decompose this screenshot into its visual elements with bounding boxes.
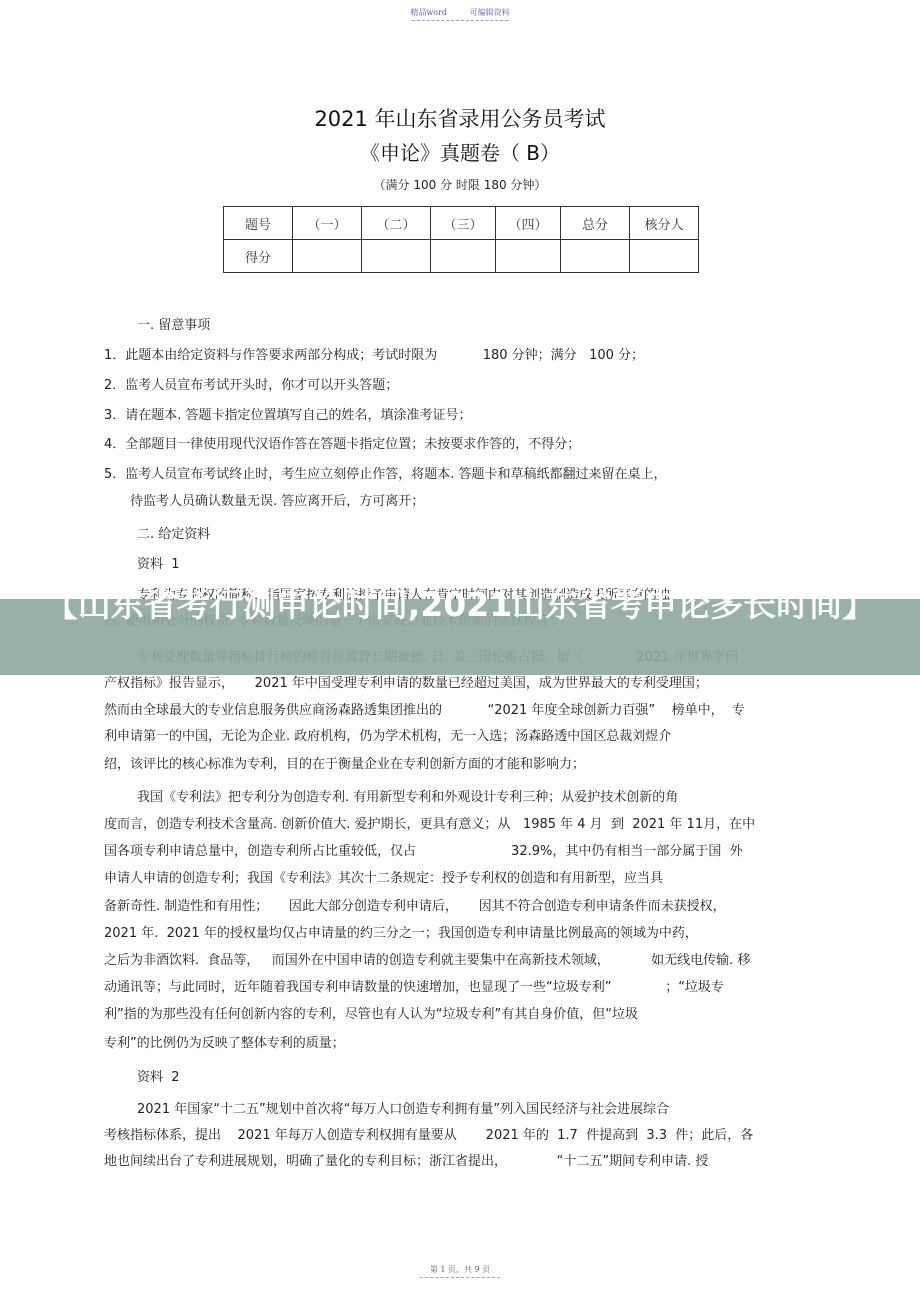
score-table-cell: （一） [293, 207, 362, 240]
score-table-score-row: 得分 [224, 240, 699, 273]
section2-heading: 二. 给定资料 [137, 523, 210, 542]
header-divider [412, 20, 508, 21]
notice-item: 2．监考人员宣布考试开头时，你才可以开头答题； [104, 374, 398, 393]
score-table-cell: 核分人 [630, 207, 699, 240]
score-table-cell: 总分 [561, 207, 630, 240]
exam-meta: （满分 100 分 时限 180 分钟） [0, 176, 920, 193]
material2-line: 地也间续出台了专利进展规划，明确了量化的专利目标；浙江省提出， “十二五”期间专… [104, 1150, 708, 1169]
notice-item: 待监考人员确认数量无误. 答应离开后，方可离开； [130, 490, 424, 509]
score-cell [431, 240, 496, 273]
material1-line: 利”指的为那些没有任何创新内容的专利，尽管也有人认为“垃圾专利”有其自身价值，但… [104, 1003, 638, 1022]
material1-line: 申请人申请的创造专利；我国《专利法》其次十二条规定：授予专利权的创造和有用新型，… [104, 867, 663, 886]
header-left: 精品word [410, 8, 447, 17]
notice-item: 5．监考人员宣布考试终止时，考生应立刻停止作答，将题本. 答题卡和草稿纸都翻过来… [104, 463, 667, 482]
document-subtitle: 《申论》真题卷（ B） [0, 137, 920, 166]
material1-line: 度而言，创造专利技术含量高. 创新价值大. 爱护期长，更具有意义；从 1985 … [104, 813, 755, 832]
score-cell [362, 240, 431, 273]
page-header: 精品word 可编辑资料 [0, 7, 920, 18]
material2-line: 考核指标体系，提出 2021 年每万人创造专利权拥有量要从 2021 年的 1.… [104, 1124, 753, 1143]
section1-heading: 一. 留意事项 [137, 314, 210, 333]
score-cell [293, 240, 362, 273]
material1-line: 之后为非酒饮料. 食品等， 而国外在中国申请的创造专利就主要集中在高新技术领域，… [104, 949, 750, 968]
score-cell [496, 240, 561, 273]
header-right: 可编辑资料 [470, 8, 510, 17]
notice-item: 4．全部题目一律使用现代汉语作答在答题卡指定位置；未按要求作答的，不得分； [104, 433, 580, 452]
score-cell [561, 240, 630, 273]
notice-item: 3．请在题本. 答题卡指定位置填写自己的姓名，填涂准考证号； [104, 404, 472, 423]
material1-label: 资料 1 [137, 553, 180, 572]
footer-divider [420, 1277, 500, 1278]
material2-label: 资料 2 [137, 1066, 180, 1085]
title-banner-text: 【山东省考行测申论时间,2021山东省考申论多长时间】 [0, 584, 920, 626]
score-row-label: 得分 [224, 240, 293, 273]
material1-line: 备新奇性. 制造性和有用性； 因此大部分创造专利申请后， 因其不符合创造专利申请… [104, 895, 726, 914]
score-table-cell: 题号 [224, 207, 293, 240]
score-table-cell: （三） [431, 207, 496, 240]
material1-line: 绍，该评比的核心标准为专利，目的在于衡量企业在专利创新方面的才能和影响力； [104, 753, 585, 772]
material2-line: 2021 年国家“十二五”规划中首次将“每万人口创造专利拥有量”列入国民经济与社… [137, 1098, 669, 1117]
material1-line: 2021 年. 2021 年的授权量均仅占申请量的约三分之一；我国创造专利申请量… [104, 922, 698, 941]
material1-line: 国各项专利申请总量中，创造专利所占比重较低，仅占 32.9%，其中仍有相当一部分… [104, 840, 743, 859]
score-table-cell: （二） [362, 207, 431, 240]
page-footer: 第 1 页，共 9 页 [0, 1264, 920, 1275]
score-table-header-row: 题号 （一） （二） （三） （四） 总分 核分人 [224, 207, 699, 240]
material1-line: 我国《专利法》把专利分为创造专利. 有用新型专利和外观设计专利三种；从爱护技术创… [137, 786, 678, 805]
notice-item: 1．此题本由给定资料与作答要求两部分构成；考试时限为 180 分钟；满分 100… [104, 344, 644, 363]
score-table-cell: （四） [496, 207, 561, 240]
material1-line: 利申请第一的中国，无论为企业. 政府机构，仍为学术机构，无一入选；汤森路透中国区… [104, 725, 671, 744]
material1-line: 动通讯等；与此同时，近年随着我国专利申请数量的快速增加，也显现了一些“垃圾专利”… [104, 976, 724, 995]
material1-line: 专利”的比例仍为反映了整体专利的质量； [104, 1032, 345, 1051]
document-title: 2021 年山东省录用公务员考试 [0, 103, 920, 133]
score-cell [630, 240, 699, 273]
score-table: 题号 （一） （二） （三） （四） 总分 核分人 得分 [223, 206, 699, 273]
material1-line: 然而由全球最大的专业信息服务供应商汤森路透集团推出的 “2021 年度全球创新力… [104, 699, 745, 718]
